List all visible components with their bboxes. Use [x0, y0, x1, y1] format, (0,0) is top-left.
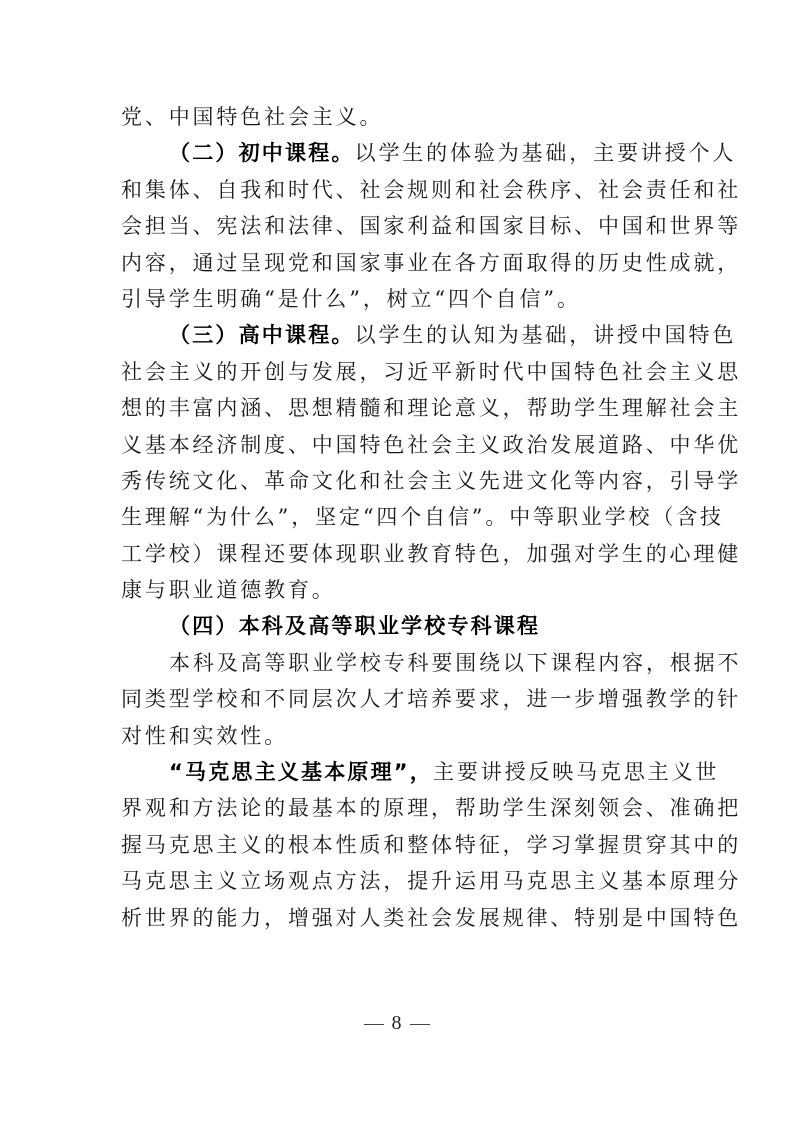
- line-text: 本科及高等职业学校专科要围绕以下课程内容，根据不: [169, 651, 741, 675]
- body-text: 党、中国特色社会主义。 （二）初中课程。以学生的体验为基础，主要讲授个人 和集体…: [121, 99, 673, 936]
- line-text: 康与职业道德教育。: [121, 578, 336, 602]
- text-line: 马克思主义立场观点方法，提升运用马克思主义基本原理分: [121, 863, 673, 899]
- document-page: 党、中国特色社会主义。 （二）初中课程。以学生的体验为基础，主要讲授个人 和集体…: [0, 0, 793, 1122]
- line-text: 对性和实效性。: [121, 724, 288, 748]
- line-text: 引导学生明确“是什么”，树立“四个自信”。: [121, 287, 581, 311]
- text-line: 内容，通过呈现党和国家事业在各方面取得的历史性成就，: [121, 245, 673, 281]
- text-line: 想的丰富内涵、思想精髓和理论意义，帮助学生理解社会主: [121, 390, 673, 426]
- text-line: 握马克思主义的根本性质和整体特征，学习掌握贯穿其中的: [121, 827, 673, 863]
- line-text: 握马克思主义的根本性质和整体特征，学习掌握贯穿其中的: [121, 833, 741, 857]
- page-number-footer: 8: [0, 1012, 793, 1035]
- text-line: 党、中国特色社会主义。: [121, 99, 673, 135]
- course-heading-line: “马克思主义基本原理”，主要讲授反映马克思主义世: [121, 754, 673, 790]
- dash-right: [410, 1024, 430, 1025]
- text-line: 康与职业道德教育。: [121, 572, 673, 608]
- text-line: 社会主义的开创与发展，习近平新时代中国特色社会主义思: [121, 354, 673, 390]
- section-heading-line: （三）高中课程。以学生的认知为基础，讲授中国特色: [121, 317, 673, 353]
- text-line: 秀传统文化、革命文化和社会主义先进文化等内容，引导学: [121, 463, 673, 499]
- text-line: 义基本经济制度、中国特色社会主义政治发展道路、中华优: [121, 427, 673, 463]
- section-heading: （三）高中课程。: [169, 323, 355, 347]
- course-title: “马克思主义基本原理”，: [169, 760, 433, 784]
- text-line: 会担当、宪法和法律、国家利益和国家目标、中国和世界等: [121, 208, 673, 244]
- line-text: 秀传统文化、革命文化和社会主义先进文化等内容，引导学: [121, 469, 741, 493]
- text-line: 同类型学校和不同层次人才培养要求，进一步增强教学的针: [121, 681, 673, 717]
- text-line: 工学校）课程还要体现职业教育特色，加强对学生的心理健: [121, 536, 673, 572]
- line-text: 生理解“为什么”，坚定“四个自信”。中等职业学校（含技: [121, 505, 724, 529]
- line-text: 同类型学校和不同层次人才培养要求，进一步增强教学的针: [121, 687, 741, 711]
- line-text: 想的丰富内涵、思想精髓和理论意义，帮助学生理解社会主: [121, 396, 741, 420]
- line-text: 以学生的认知为基础，讲授中国特色: [355, 323, 737, 347]
- page-number: 8: [392, 1012, 402, 1034]
- line-text: 义基本经济制度、中国特色社会主义政治发展道路、中华优: [121, 433, 741, 457]
- line-text: 主要讲授反映马克思主义世: [433, 760, 719, 784]
- section-heading: （四）本科及高等职业学校专科课程: [169, 614, 540, 638]
- line-text: 以学生的体验为基础，主要讲授个人: [355, 141, 737, 165]
- line-text: 内容，通过呈现党和国家事业在各方面取得的历史性成就，: [121, 251, 741, 275]
- text-line: 对性和实效性。: [121, 718, 673, 754]
- text-line: 析世界的能力，增强对人类社会发展规律、特别是中国特色: [121, 900, 673, 936]
- line-text: 析世界的能力，增强对人类社会发展规律、特别是中国特色: [121, 906, 741, 930]
- text-line: 引导学生明确“是什么”，树立“四个自信”。: [121, 281, 673, 317]
- line-text: 和集体、自我和时代、社会规则和社会秩序、社会责任和社: [121, 178, 741, 202]
- line-text: 社会主义的开创与发展，习近平新时代中国特色社会主义思: [121, 360, 741, 384]
- line-text: 界观和方法论的最基本的原理，帮助学生深刻领会、准确把: [121, 796, 741, 820]
- line-text: 工学校）课程还要体现职业教育特色，加强对学生的心理健: [121, 542, 741, 566]
- text-line: 界观和方法论的最基本的原理，帮助学生深刻领会、准确把: [121, 790, 673, 826]
- section-heading-line: （四）本科及高等职业学校专科课程: [121, 608, 673, 644]
- line-text: 马克思主义立场观点方法，提升运用马克思主义基本原理分: [121, 869, 741, 893]
- section-heading-line: （二）初中课程。以学生的体验为基础，主要讲授个人: [121, 135, 673, 171]
- text-line: 生理解“为什么”，坚定“四个自信”。中等职业学校（含技: [121, 499, 673, 535]
- dash-left: [364, 1024, 384, 1025]
- text-line: 本科及高等职业学校专科要围绕以下课程内容，根据不: [121, 645, 673, 681]
- line-text: 党、中国特色社会主义。: [121, 105, 383, 129]
- text-line: 和集体、自我和时代、社会规则和社会秩序、社会责任和社: [121, 172, 673, 208]
- section-heading: （二）初中课程。: [169, 141, 355, 165]
- line-text: 会担当、宪法和法律、国家利益和国家目标、中国和世界等: [121, 214, 741, 238]
